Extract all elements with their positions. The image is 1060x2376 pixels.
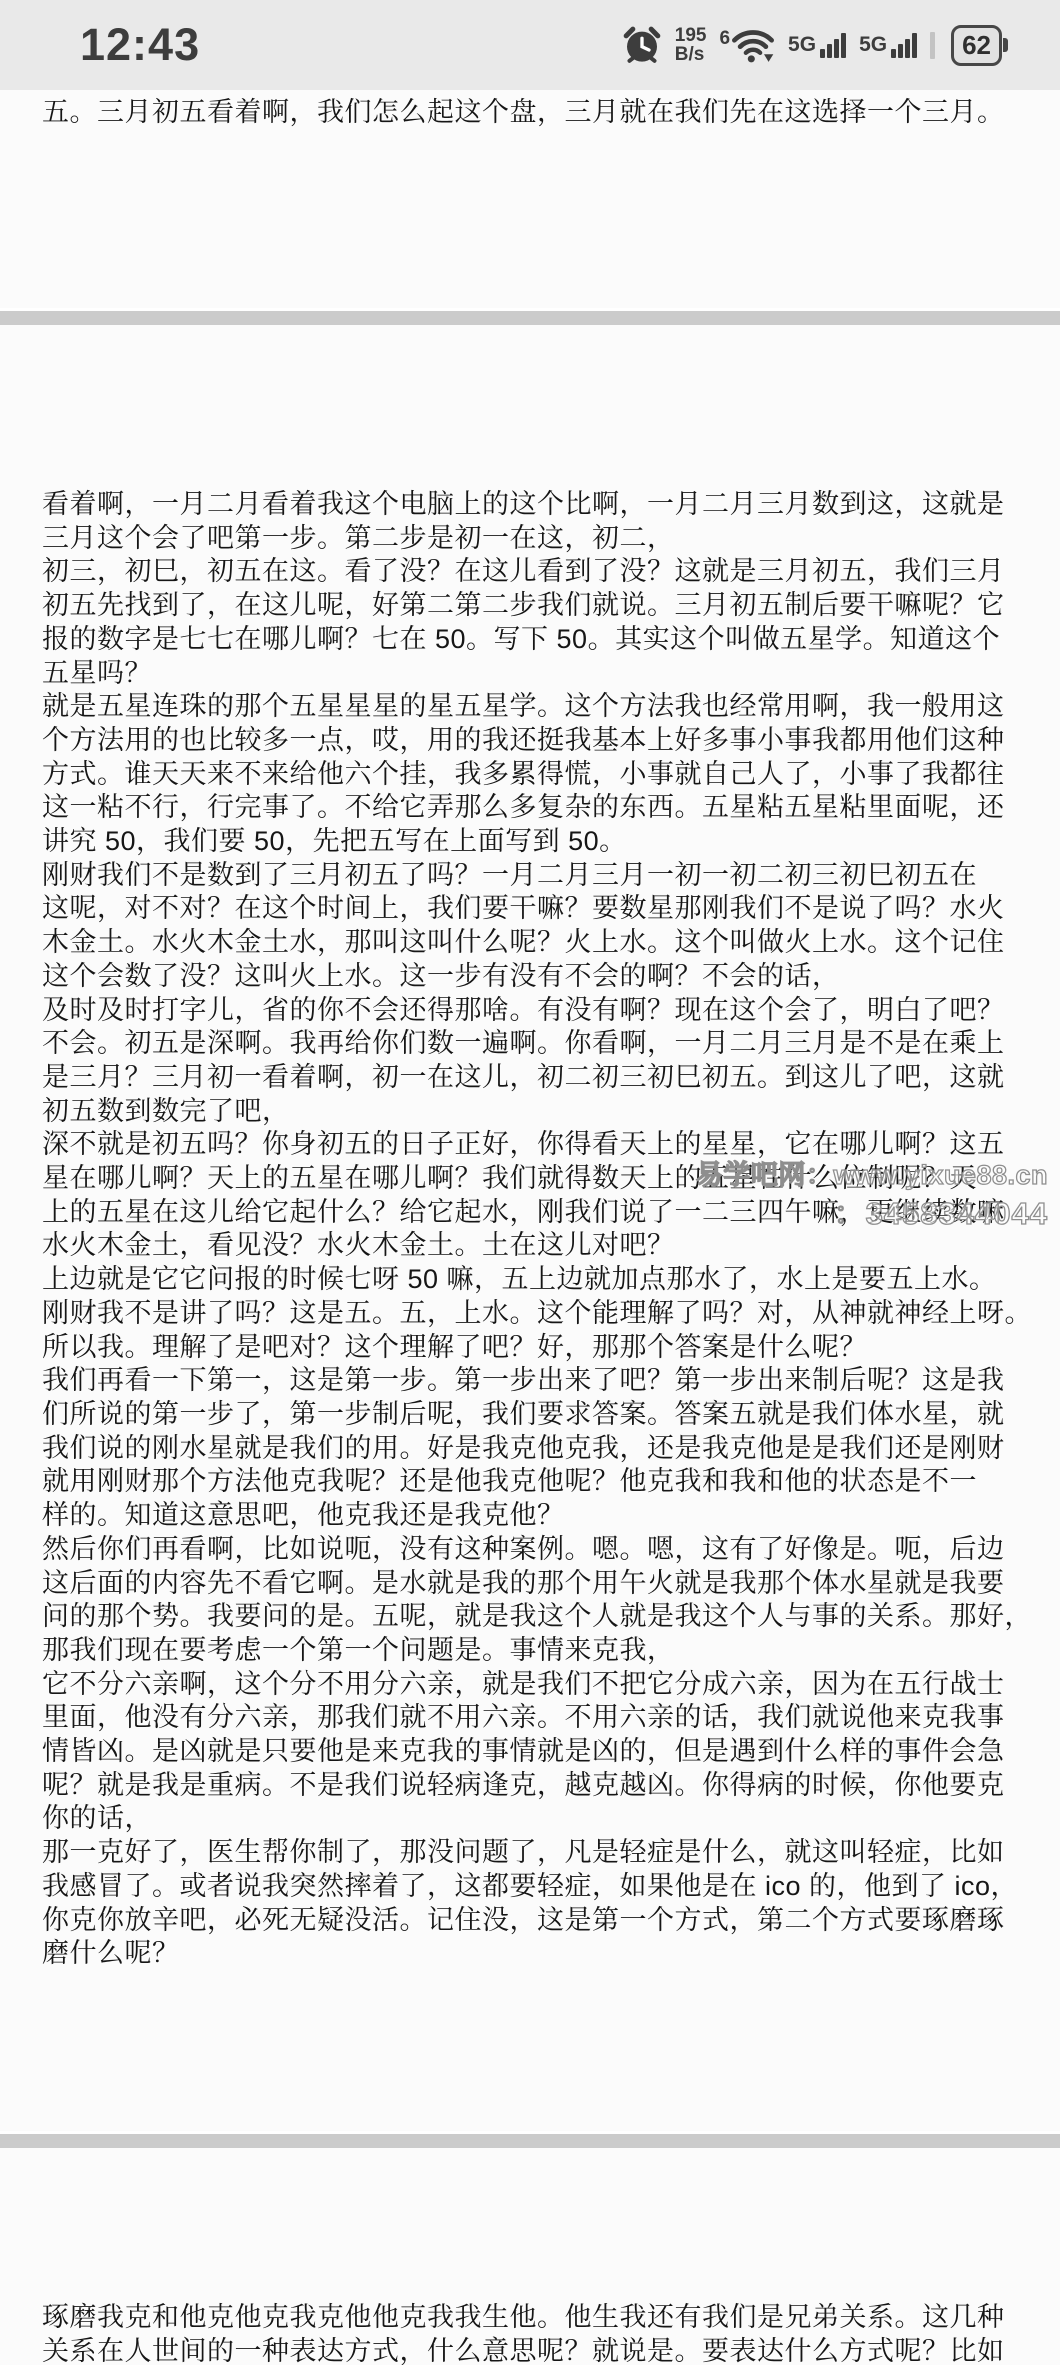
text-line: 然后你们再看啊，比如说呃，没有这种案例。嗯。嗯，这有了好像是。呃，后边	[42, 1533, 1036, 1567]
sim1-signal-bars	[820, 33, 846, 58]
text-line: 刚财我不是讲了吗？这是五。五，上水。这个能理解了吗？对，从神就神经上呀。	[42, 1297, 1036, 1331]
phone-screen: 12:43 195 B/s 6	[0, 0, 1060, 2376]
signal-bar	[891, 49, 896, 58]
signal-bar	[905, 39, 910, 58]
signal-bar	[820, 49, 825, 58]
network-speed-unit: B/s	[675, 45, 705, 64]
sim2-signal-bars	[891, 33, 917, 58]
watermark-site: 易学吧网：www.yixue88.cn	[696, 1153, 1048, 1192]
sim2-indicator: 5G	[859, 33, 917, 58]
text-line: 这一粘不行，行完事了。不给它弄那么多复杂的东西。五星粘五星粘里面呢，还	[42, 791, 1036, 825]
page-previous: 五。三月初五看着啊，我们怎么起这个盘，三月就在我们先在这选择一个三月。	[0, 90, 1060, 308]
battery-indicator: 62	[951, 25, 1002, 66]
document-viewer[interactable]: 五。三月初五看着啊，我们怎么起这个盘，三月就在我们先在这选择一个三月。 看着啊，…	[0, 90, 1060, 2376]
text-line: 那一克好了，医生帮你制了，那没问题了，凡是轻症是什么，就这叫轻症，比如	[42, 1836, 1036, 1870]
text-line: 们所说的第一步了，第一步制后呢，我们要求答案。答案五就是我们体水星，就	[42, 1398, 1036, 1432]
text-line: 磨什么呢？	[42, 1937, 1036, 1971]
text-line: 我感冒了。或者说我突然摔着了，这都要轻症，如果他是在 ico 的，他到了 ico…	[42, 1870, 1036, 1904]
text-line: 就是五星连珠的那个五星星星的星五星学。这个方法我也经常用啊，我一般用这	[42, 690, 1036, 724]
text-line: 个方法用的也比较多一点，哎，用的我还挺我基本上好多事小事我都用他们这种	[42, 724, 1036, 758]
signal-bar	[841, 33, 846, 58]
text-line: 看着啊，一月二月看着我这个电脑上的这个比啊，一月二月三月数到这，这就是	[42, 488, 1036, 522]
text-line: 这后面的内容先不看它啊。是水就是我的那个用午火就是我那个体水星就是我要	[42, 1567, 1036, 1601]
status-bar-icons: 195 B/s 6 5G	[622, 25, 1002, 66]
text-line: 方式。谁天天来不来给他六个挂，我多累得慌，小事就自己人了，小事了我都往	[42, 758, 1036, 792]
page-previous-text: 五。三月初五看着啊，我们怎么起这个盘，三月就在我们先在这选择一个三月。	[42, 96, 1036, 130]
watermark-contact: ：3458344044	[834, 1188, 1048, 1233]
clock-time: 12:43	[80, 19, 200, 71]
sim1-network-type: 5G	[788, 33, 816, 57]
page-break-separator	[0, 308, 1060, 325]
text-line: 呢？就是我是重病。不是我们说轻病逢克，越克越凶。你得病的时候，你他要克	[42, 1769, 1036, 1803]
network-speed-indicator: 195 B/s	[675, 26, 707, 64]
text-line: 五。三月初五看着啊，我们怎么起这个盘，三月就在我们先在这选择一个三月。	[42, 96, 1036, 130]
text-line: 你的话，	[42, 1802, 1036, 1836]
signal-bar	[834, 39, 839, 58]
sim1-indicator: 5G	[788, 33, 846, 58]
text-line: 初五数到数完了吧，	[42, 1095, 1036, 1129]
text-line: 就用刚财那个方法他克我呢？还是他我克他呢？他克我和我和他的状态是不一	[42, 1465, 1036, 1499]
text-line: 琢磨我克和他克他克我克他他克我我生他。他生我还有我们是兄弟关系。这几种	[42, 2301, 1036, 2335]
text-line: 里面，他没有分六亲，那我们就不用六亲。不用六亲的话，我们就说他来克我事	[42, 1701, 1036, 1735]
text-line: 我们说的刚水星就是我们的用。好是我克他克我，还是我克他是是我们还是刚财	[42, 1432, 1036, 1466]
network-speed-value: 195	[675, 26, 707, 45]
page-next-text: 琢磨我克和他克他克我克他他克我我生他。他生我还有我们是兄弟关系。这几种关系在人世…	[42, 2301, 1036, 2365]
text-line: 问的那个势。我要问的是。五呢，就是我这个人就是我这个人与事的关系。那好，	[42, 1600, 1036, 1634]
wifi-icon	[731, 26, 775, 64]
status-bar: 12:43 195 B/s 6	[0, 0, 1060, 90]
text-line: 初三，初巳，初五在这。看了没？在这儿看到了没？这就是三月初五，我们三月	[42, 555, 1036, 589]
text-line: 是三月？三月初一看着啊，初一在这儿，初二初三初巳初五。到这儿了吧，这就	[42, 1061, 1036, 1095]
text-line: 样的。知道这意思吧，他克我还是我克他？	[42, 1499, 1036, 1533]
text-line: 它不分六亲啊，这个分不用分六亲，就是我们不把它分成六亲，因为在五行战士	[42, 1668, 1036, 1702]
text-line: 刚财我们不是数到了三月初五了吗？一月二月三月一初一初二初三初巳初五在	[42, 859, 1036, 893]
text-line: 及时及时打字儿，省的你不会还得那啥。有没有啊？现在这个会了，明白了吧？	[42, 994, 1036, 1028]
text-line: 初五先找到了，在这儿呢，好第二第二步我们就说。三月初五制后要干嘛呢？它	[42, 589, 1036, 623]
battery-percent: 62	[962, 30, 991, 60]
page-next: 琢磨我克和他克他克我克他他克我我生他。他生我还有我们是兄弟关系。这几种关系在人世…	[0, 2148, 1060, 2365]
text-line: 报的数字是七七在哪儿啊？七在 50。写下 50。其实这个叫做五星学。知道这个	[42, 623, 1036, 657]
signal-bar	[912, 33, 917, 58]
text-line: 情皆凶。是凶就是只要他是来克我的事情就是凶的，但是遇到什么样的事件会急	[42, 1735, 1036, 1769]
text-line: 五星吗？	[42, 657, 1036, 691]
text-line: 关系在人世间的一种表达方式，什么意思呢？就说是。要表达什么方式呢？比如	[42, 2335, 1036, 2365]
page-break-separator-2	[0, 2131, 1060, 2148]
text-line: 这呢，对不对？在这个时间上，我们要干嘛？要数星那刚我们不是说了吗？水火	[42, 892, 1036, 926]
text-line: 我们再看一下第一，这是第一步。第一步出来了吧？第一步出来制后呢？这是我	[42, 1364, 1036, 1398]
signal-bar-dim	[930, 32, 935, 59]
wifi-indicator: 6	[719, 26, 775, 64]
text-line: 不会。初五是深啊。我再给你们数一遍啊。你看啊，一月二月三月是不是在乘上	[42, 1027, 1036, 1061]
alarm-clock-icon	[622, 25, 662, 65]
signal-bar	[827, 44, 832, 58]
text-line: 所以我。理解了是吧对？这个理解了吧？好，那那个答案是什么呢？	[42, 1331, 1036, 1365]
wifi6-badge: 6	[719, 28, 730, 50]
text-line: 三月这个会了吧第一步。第二步是初一在这，初二，	[42, 522, 1036, 556]
text-line: 那我们现在要考虑一个第一个问题是。事情来克我，	[42, 1634, 1036, 1668]
signal-bar	[898, 44, 903, 58]
text-line: 讲究 50，我们要 50，先把五写在上面写到 50。	[42, 825, 1036, 859]
text-line: 这个会数了没？这叫火上水。这一步有没有不会的啊？不会的话，	[42, 960, 1036, 994]
text-line: 水火木金土，看见没？水火木金土。土在这儿对吧？	[42, 1229, 1036, 1263]
text-line: 你克你放辛吧，必死无疑没活。记住没，这是第一个方式，第二个方式要琢磨琢	[42, 1904, 1036, 1938]
text-line: 木金土。水火木金土水，那叫这叫什么呢？火上水。这个叫做火上水。这个记住	[42, 926, 1036, 960]
text-line: 上边就是它它问报的时候七呀 50 嘛，五上边就加点那水了，水上是要五上水。	[42, 1263, 1036, 1297]
download-arrow-icon	[764, 54, 773, 62]
sim2-network-type: 5G	[859, 33, 887, 57]
